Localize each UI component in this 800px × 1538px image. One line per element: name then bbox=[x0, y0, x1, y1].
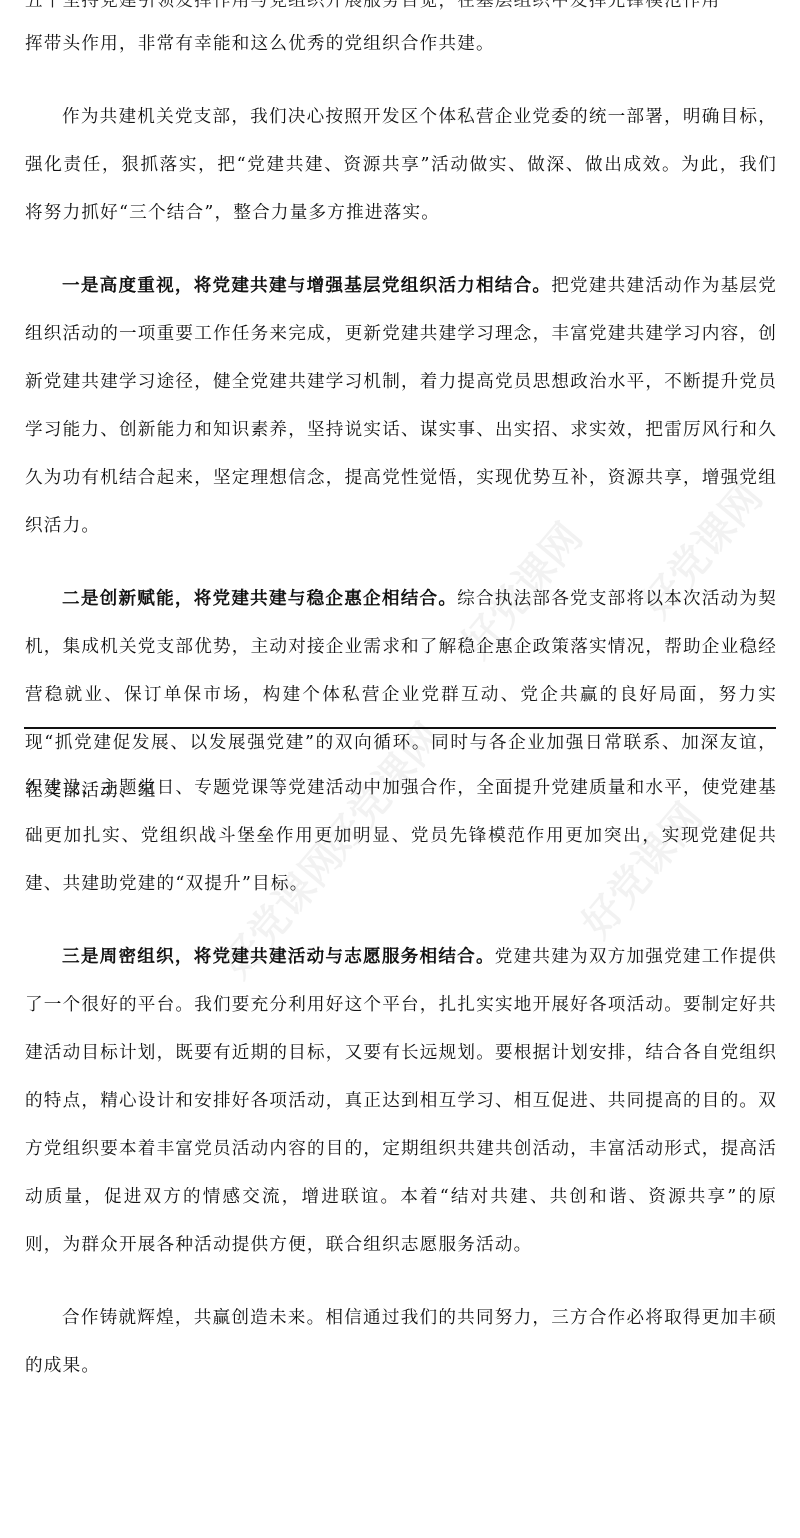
paragraph: 一是高度重视，将党建共建与增强基层党组织活力相结合。把党建共建活动作为基层党组织… bbox=[25, 262, 777, 550]
page-section-2: 织建设、主题党日、专题党课等党建活动中加强合作，全面提升党建质量和水平，使党建基… bbox=[25, 764, 777, 1390]
paragraph-text: 织建设、主题党日、专题党课等党建活动中加强合作，全面提升党建质量和水平，使党建基… bbox=[25, 778, 777, 894]
paragraph-lead-heading: 一是高度重视，将党建共建与增强基层党组织活力相结合。 bbox=[62, 275, 551, 296]
paragraph: 作为共建机关党支部，我们决心按照开发区个体私营企业党委的统一部署，明确目标，强化… bbox=[25, 93, 777, 237]
paragraph: 合作铸就辉煌，共赢创造未来。相信通过我们的共同努力，三方合作必将取得更加丰硕的成… bbox=[25, 1294, 777, 1390]
cut-off-text-line: 五个坚持党建引领发挥作用与党组织开展服务自觉，在基层组织中发挥先锋模范作用 bbox=[25, 0, 777, 16]
paragraph-text: 把党建共建活动作为基层党组织活动的一项重要工作任务来完成，更新党建共建学习理念，… bbox=[25, 276, 777, 536]
paragraph-text: 合作铸就辉煌，共赢创造未来。相信通过我们的共同努力，三方合作必将取得更加丰硕的成… bbox=[25, 1308, 777, 1376]
paragraph: 织建设、主题党日、专题党课等党建活动中加强合作，全面提升党建质量和水平，使党建基… bbox=[25, 764, 777, 908]
paragraph-lead-heading: 二是创新赋能，将党建共建与稳企惠企相结合。 bbox=[62, 588, 457, 609]
page-section-1: 挥带头作用，非常有幸能和这么优秀的党组织合作共建。 作为共建机关党支部，我们决心… bbox=[25, 20, 777, 815]
paragraph-text: 党建共建为双方加强党建工作提供了一个很好的平台。我们要充分利用好这个平台，扎扎实… bbox=[25, 947, 777, 1255]
paragraph: 三是周密组织，将党建共建活动与志愿服务相结合。党建共建为双方加强党建工作提供了一… bbox=[25, 933, 777, 1269]
paragraph-text: 作为共建机关党支部，我们决心按照开发区个体私营企业党委的统一部署，明确目标，强化… bbox=[25, 107, 777, 223]
paragraph-lead-heading: 三是周密组织，将党建共建活动与志愿服务相结合。 bbox=[62, 946, 495, 967]
paragraph: 挥带头作用，非常有幸能和这么优秀的党组织合作共建。 bbox=[25, 20, 777, 68]
page-break-divider bbox=[24, 727, 776, 729]
paragraph-text: 挥带头作用，非常有幸能和这么优秀的党组织合作共建。 bbox=[25, 34, 495, 54]
